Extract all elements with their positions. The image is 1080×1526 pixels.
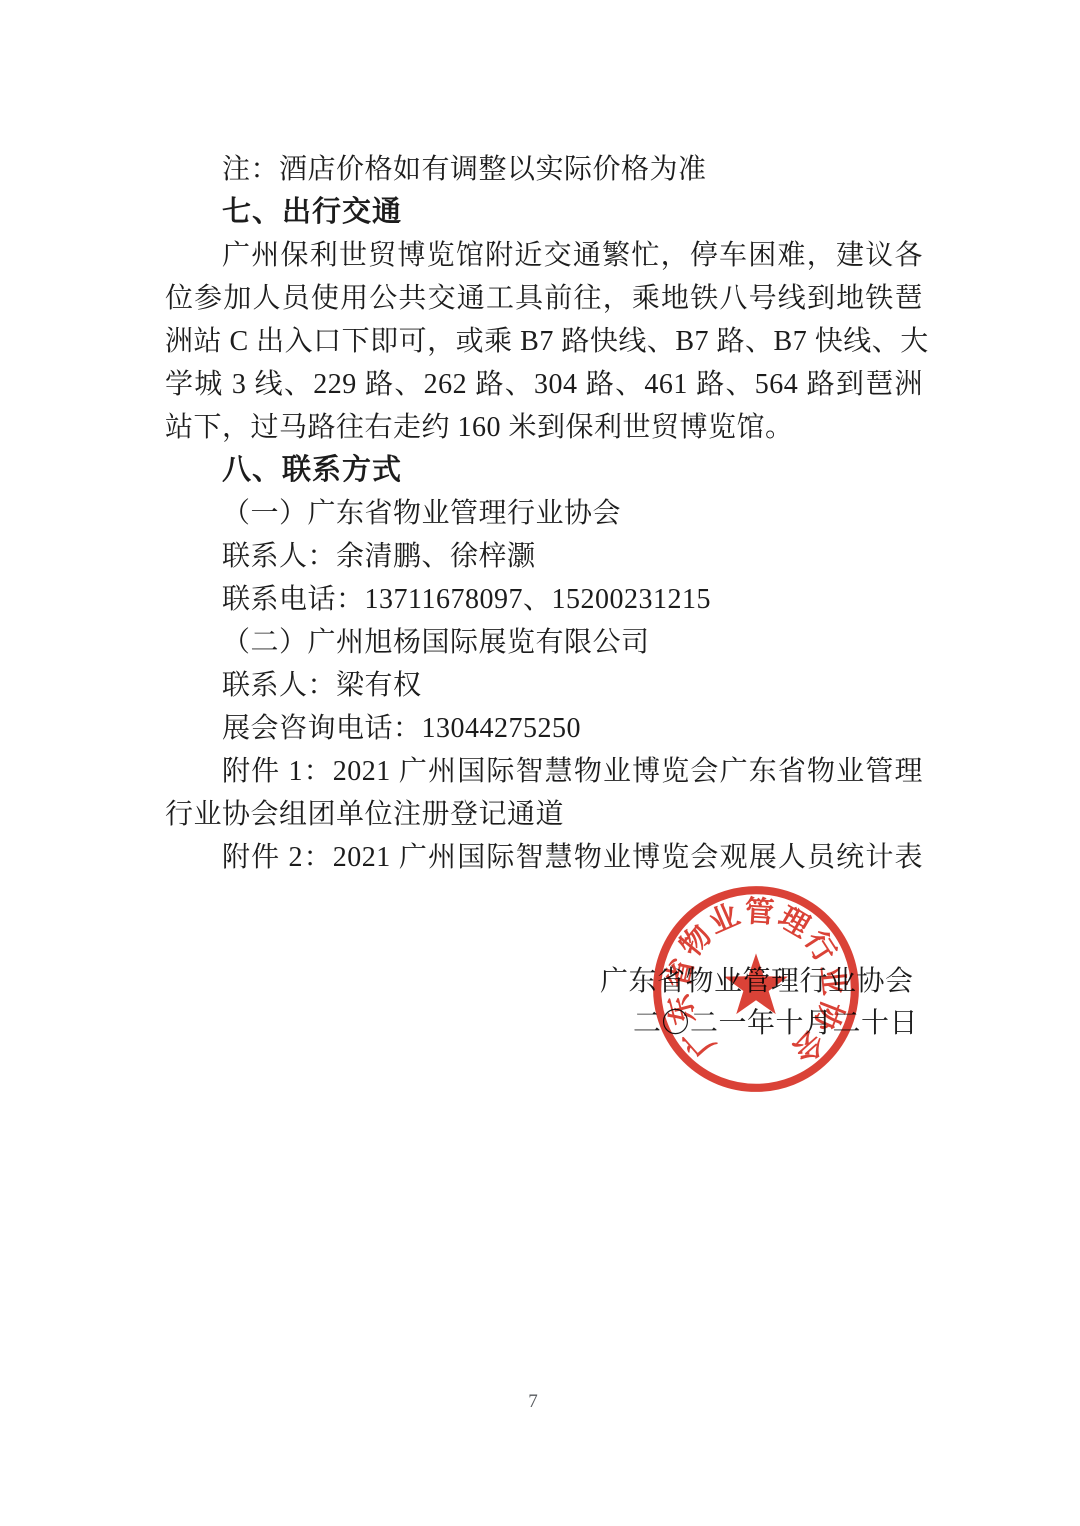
- attachment-line: 行业协会组团单位注册登记通道: [165, 793, 923, 836]
- paragraph-line: 位参加人员使用公共交通工具前往，乘地铁八号线到地铁琶: [165, 277, 923, 320]
- paragraph-line: 广州保利世贸博览馆附近交通繁忙，停车困难，建议各: [165, 234, 923, 277]
- document-body: 注：酒店价格如有调整以实际价格为准 七、出行交通 广州保利世贸博览馆附近交通繁忙…: [165, 148, 923, 879]
- seal-star-icon: [724, 953, 788, 1014]
- document-page: 注：酒店价格如有调整以实际价格为准 七、出行交通 广州保利世贸博览馆附近交通繁忙…: [0, 0, 1080, 1526]
- section-heading-contact: 八、联系方式: [165, 449, 923, 492]
- attachment-line: 附件 1：2021 广州国际智慧物业博览会广东省物业管理: [165, 750, 923, 793]
- paragraph-line: 学城 3 线、229 路、262 路、304 路、461 路、564 路到琶洲: [165, 363, 923, 406]
- official-seal: 广东省物业管理行业协会: [649, 882, 863, 1096]
- attachment-line: 附件 2：2021 广州国际智慧物业博览会观展人员统计表: [165, 836, 923, 879]
- contact-line: （二）广州旭杨国际展览有限公司: [165, 621, 923, 664]
- page-number: 7: [0, 1391, 1066, 1413]
- note-line: 注：酒店价格如有调整以实际价格为准: [165, 148, 923, 191]
- contact-line: 联系电话：13711678097、15200231215: [165, 578, 923, 621]
- contact-line: 展会咨询电话：13044275250: [165, 707, 923, 750]
- paragraph-line: 站下，过马路往右走约 160 米到保利世贸博览馆。: [165, 406, 923, 449]
- contact-line: 联系人：余清鹏、徐梓灏: [165, 535, 923, 578]
- contact-line: 联系人：梁有权: [165, 664, 923, 707]
- section-heading-transport: 七、出行交通: [165, 191, 923, 234]
- contact-line: （一）广东省物业管理行业协会: [165, 492, 923, 535]
- paragraph-line: 洲站 C 出入口下即可，或乘 B7 路快线、B7 路、B7 快线、大: [165, 320, 923, 363]
